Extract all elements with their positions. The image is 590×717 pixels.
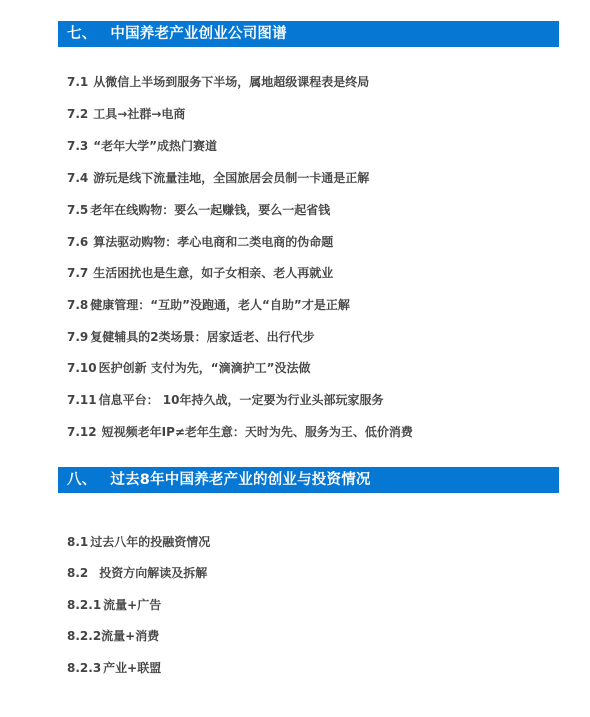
item-number: 7.9	[67, 330, 88, 344]
item-text: “老年大学”成热门赛道	[93, 139, 217, 153]
item-number: 7.3	[67, 139, 88, 153]
toc-item-7-9[interactable]: 7.9复健辅具的2类场景：居家适老、出行代步	[67, 329, 315, 345]
item-text: 短视频老年IP≠老年生意：天时为先、服务为王、低价消费	[102, 425, 413, 439]
item-number: 7.12	[67, 425, 97, 439]
section-title: 过去8年中国养老产业的创业与投资情况	[110, 472, 370, 488]
toc-item-7-10[interactable]: 7.10医护创新 支付为先，“滴滴护工”没法做	[67, 360, 311, 376]
toc-item-7-5[interactable]: 7.5老年在线购物：要么一起赚钱，要么一起省钱	[67, 202, 330, 218]
section-header-8: 八、过去8年中国养老产业的创业与投资情况	[58, 467, 559, 493]
toc-item-7-6[interactable]: 7.6算法驱动购物：孝心电商和二类电商的伪命题	[67, 234, 333, 250]
item-number: 7.2	[67, 107, 88, 121]
item-text: 过去八年的投融资情况	[90, 535, 210, 549]
item-number: 7.4	[67, 171, 88, 185]
item-number: 8.2.2	[67, 629, 101, 643]
item-number: 8.2.1	[67, 598, 101, 612]
item-number: 7.11	[67, 393, 97, 407]
section-title: 中国养老产业创业公司图谱	[110, 26, 286, 42]
item-text: 游玩是线下流量洼地，全国旅居会员制一卡通是正解	[93, 171, 369, 185]
toc-item-7-4[interactable]: 7.4游玩是线下流量洼地，全国旅居会员制一卡通是正解	[67, 170, 369, 186]
toc-item-7-11[interactable]: 7.11信息平台： 10年持久战，一定要为行业头部玩家服务	[67, 392, 384, 408]
item-number: 8.2	[67, 566, 88, 580]
item-text: 工具→社群→电商	[93, 107, 185, 121]
item-text: 健康管理：“互助”没跑通，老人“自助”才是正解	[90, 298, 350, 312]
toc-item-8-2-1[interactable]: 8.2.1流量+广告	[67, 597, 161, 613]
section-number: 八、	[67, 467, 96, 493]
item-number: 7.8	[67, 298, 88, 312]
toc-item-7-8[interactable]: 7.8健康管理：“互助”没跑通，老人“自助”才是正解	[67, 297, 350, 313]
item-number: 7.5	[67, 203, 88, 217]
toc-item-8-2[interactable]: 8.2投资方向解读及拆解	[67, 565, 207, 581]
item-number: 7.7	[67, 266, 88, 280]
item-text: 投资方向解读及拆解	[99, 566, 207, 580]
item-text: 流量+广告	[103, 598, 161, 612]
toc-item-8-2-2[interactable]: 8.2.2流量+消费	[67, 628, 159, 644]
item-text: 流量+消费	[101, 629, 159, 643]
toc-item-7-2[interactable]: 7.2工具→社群→电商	[67, 106, 185, 122]
item-number: 8.1	[67, 535, 88, 549]
item-text: 生活困扰也是生意，如子女相亲、老人再就业	[93, 266, 333, 280]
section-number: 七、	[67, 21, 96, 47]
toc-item-7-1[interactable]: 7.1从微信上半场到服务下半场，属地超级课程表是终局	[67, 74, 369, 90]
toc-item-7-3[interactable]: 7.3“老年大学”成热门赛道	[67, 138, 217, 154]
toc-item-7-12[interactable]: 7.12短视频老年IP≠老年生意：天时为先、服务为王、低价消费	[67, 424, 413, 440]
toc-item-8-2-3[interactable]: 8.2.3产业+联盟	[67, 660, 161, 676]
item-number: 7.6	[67, 235, 88, 249]
item-number: 7.1	[67, 75, 88, 89]
item-number: 7.10	[67, 361, 97, 375]
item-text: 医护创新 支付为先，“滴滴护工”没法做	[99, 361, 311, 375]
item-text: 复健辅具的2类场景：居家适老、出行代步	[90, 330, 314, 344]
item-text: 从微信上半场到服务下半场，属地超级课程表是终局	[93, 75, 369, 89]
section-header-7: 七、中国养老产业创业公司图谱	[58, 21, 559, 47]
item-text: 产业+联盟	[103, 661, 161, 675]
item-text: 算法驱动购物：孝心电商和二类电商的伪命题	[93, 235, 333, 249]
item-text: 信息平台： 10年持久战，一定要为行业头部玩家服务	[99, 393, 384, 407]
toc-item-8-1[interactable]: 8.1过去八年的投融资情况	[67, 534, 210, 550]
item-number: 8.2.3	[67, 661, 101, 675]
toc-item-7-7[interactable]: 7.7生活困扰也是生意，如子女相亲、老人再就业	[67, 265, 333, 281]
item-text: 老年在线购物：要么一起赚钱，要么一起省钱	[90, 203, 330, 217]
